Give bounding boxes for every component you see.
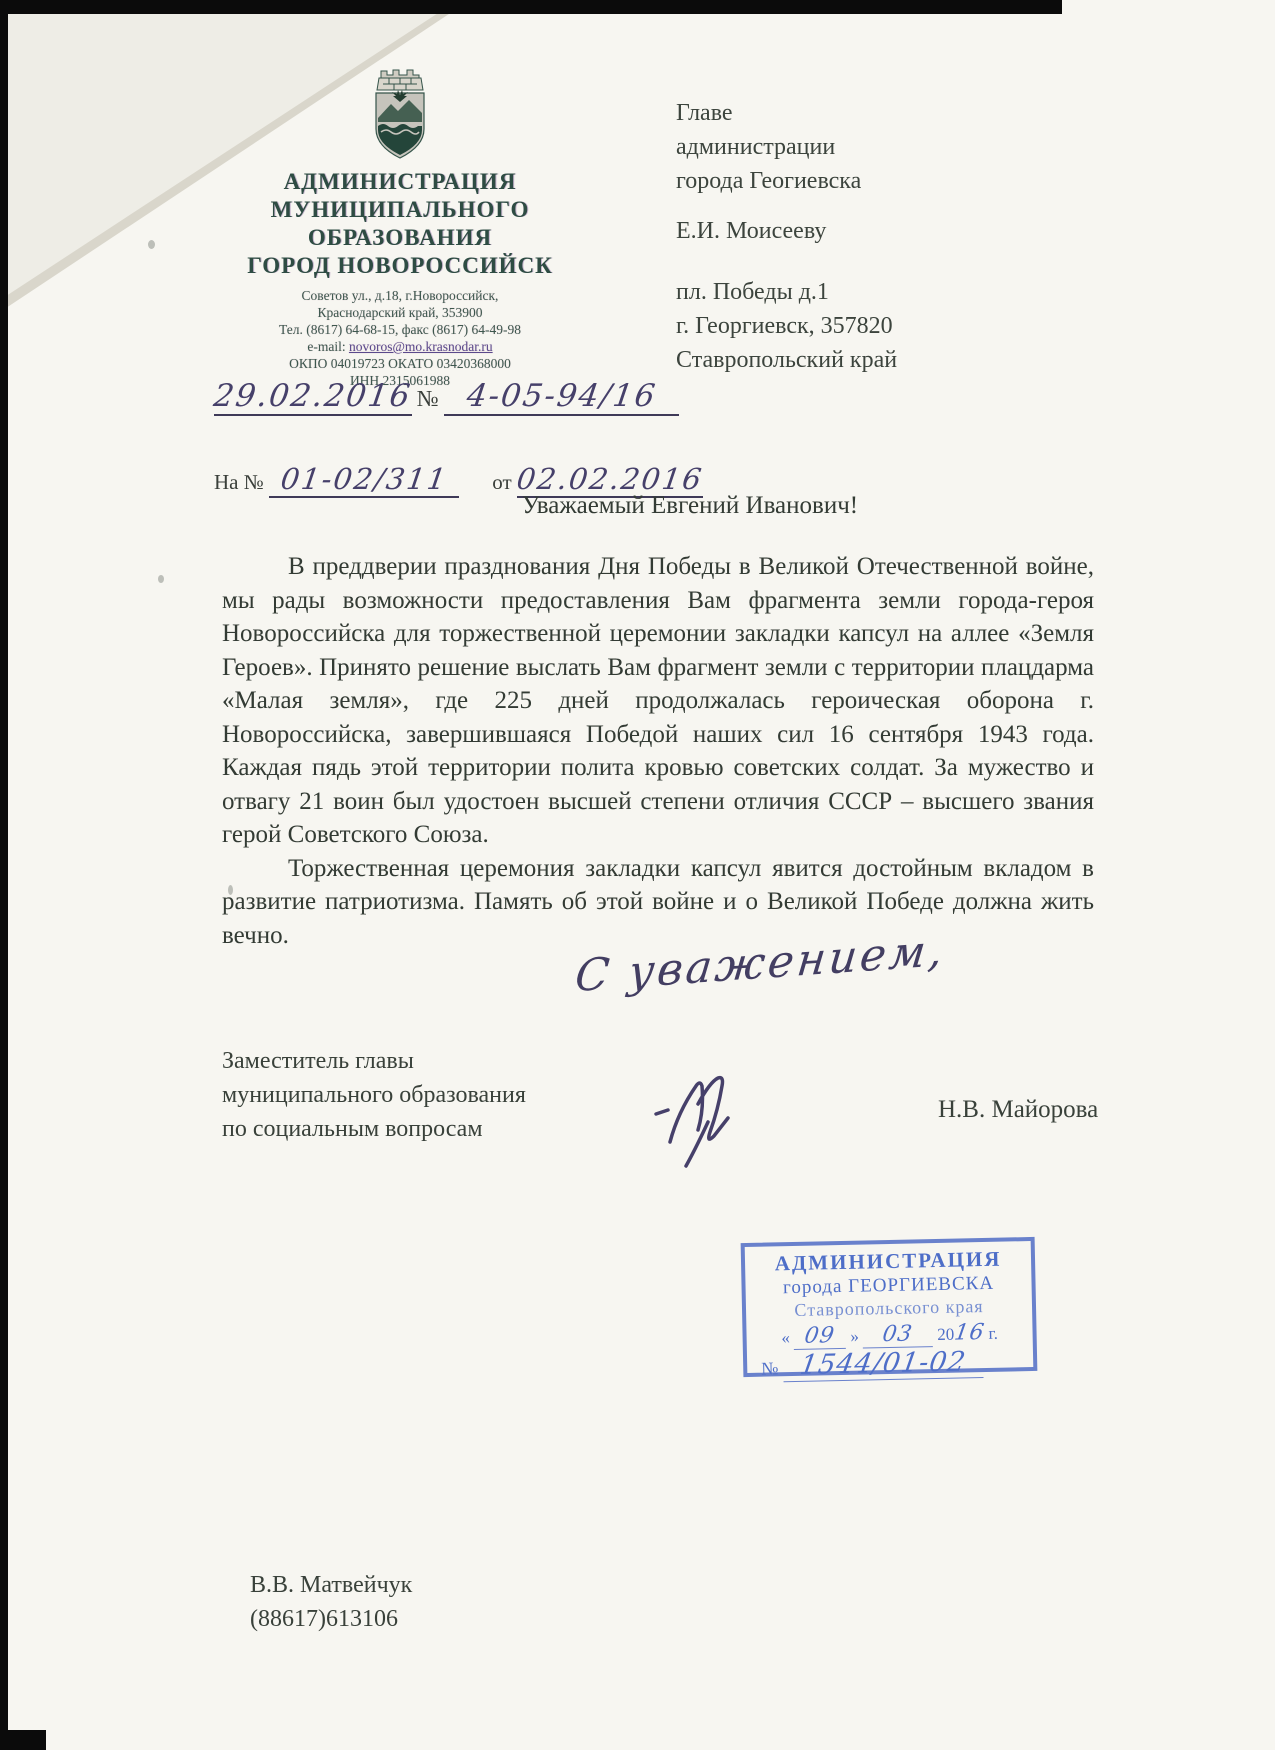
handwritten-initials-icon	[648, 1052, 758, 1172]
reply-number-handwritten: 01-02/311	[278, 462, 450, 496]
stamp-year-prefix: 20	[937, 1325, 954, 1344]
org-email: novoros@mo.krasnodar.ru	[349, 339, 493, 354]
org-okpo-okato: ОКПО 04019723 ОКАТО 03420368000	[170, 355, 630, 372]
scan-speck	[158, 575, 164, 583]
stamp-year-handwritten: 16	[952, 1320, 986, 1346]
executor-name: В.В. Матвейчук	[250, 1568, 412, 1602]
stamp-quote-close: »	[850, 1327, 859, 1346]
stamp-quote-open: «	[781, 1328, 790, 1347]
recipient-title-line1: Главе	[676, 96, 897, 130]
signer-title-line3: по социальным вопросам	[222, 1112, 526, 1146]
stamp-number-label: №	[761, 1358, 779, 1378]
novorossiysk-coat-of-arms-icon	[369, 66, 431, 164]
executor-phone: (88617)613106	[250, 1602, 412, 1636]
stamp-number-row: № 1544/01-02	[747, 1345, 1034, 1383]
org-street-address: Советов ул., д.18, г.Новороссийск,	[170, 287, 630, 304]
stamp-month-handwritten: 03	[881, 1321, 915, 1347]
reply-from-label: от	[492, 470, 511, 494]
stamp-year-suffix: г.	[988, 1324, 998, 1343]
number-sign: №	[417, 386, 439, 411]
email-label: e-mail:	[307, 339, 349, 354]
recipient-address-line3: Ставропольский край	[676, 343, 897, 377]
signer-title-line2: муниципального образования	[222, 1078, 526, 1112]
outgoing-reference-row: 29.02.2016 № 4-05-94/16	[214, 378, 679, 416]
scan-speck	[148, 240, 155, 249]
body-paragraph-1: В преддверии празднования Дня Победы в В…	[222, 550, 1094, 852]
recipient-title-line3: города Геогиевска	[676, 164, 897, 198]
recipient-address-line2: г. Георгиевск, 357820	[676, 309, 897, 343]
scan-edge-bottom-left	[0, 1730, 46, 1750]
org-email-line: e-mail: novoros@mo.krasnodar.ru	[170, 338, 630, 355]
org-name-line1: АДМИНИСТРАЦИЯ	[170, 168, 630, 196]
org-name-line4: ГОРОД НОВОРОССИЙСК	[170, 252, 630, 280]
recipient-title-line2: администрации	[676, 130, 897, 164]
letterhead: АДМИНИСТРАЦИЯ МУНИЦИПАЛЬНОГО ОБРАЗОВАНИЯ…	[170, 66, 630, 389]
salutation: Уважаемый Евгений Иванович!	[420, 492, 960, 520]
reply-date-handwritten: 02.02.2016	[515, 462, 706, 496]
scan-edge-top	[0, 0, 1062, 14]
signer-title-block: Заместитель главы муниципального образов…	[222, 1044, 526, 1146]
recipient-block: Главе администрации города Геогиевска Е.…	[676, 96, 897, 377]
signer-name: Н.В. Майорова	[938, 1096, 1098, 1124]
signer-title-line1: Заместитель главы	[222, 1044, 526, 1078]
recipient-address-line1: пл. Победы д.1	[676, 275, 897, 309]
org-phone-fax: Тел. (8617) 64-68-15, факс (8617) 64-49-…	[170, 321, 630, 338]
scan-edge-left	[0, 0, 8, 1750]
body-paragraph-2: Торжественная церемония закладки капсул …	[222, 852, 1094, 953]
outgoing-date-handwritten: 29.02.2016	[211, 378, 414, 414]
org-region-address: Краснодарский край, 353900	[170, 304, 630, 321]
recipient-name: Е.И. Моисееву	[676, 214, 897, 248]
reply-label: На №	[214, 470, 264, 494]
outgoing-number-handwritten: 4-05-94/16	[464, 378, 659, 414]
stamp-day-handwritten: 09	[803, 1323, 837, 1349]
registration-stamp: АДМИНИСТРАЦИЯ города ГЕОРГИЕВСКА Ставроп…	[741, 1237, 1038, 1377]
org-name-line3: ОБРАЗОВАНИЯ	[170, 224, 630, 252]
executor-contact: В.В. Матвейчук (88617)613106	[250, 1568, 412, 1636]
scanned-letter-page: АДМИНИСТРАЦИЯ МУНИЦИПАЛЬНОГО ОБРАЗОВАНИЯ…	[0, 0, 1275, 1750]
stamp-number-handwritten: 1544/01-02	[798, 1346, 968, 1381]
letter-body: В преддверии празднования Дня Победы в В…	[222, 550, 1094, 952]
org-name-line2: МУНИЦИПАЛЬНОГО	[170, 196, 630, 224]
